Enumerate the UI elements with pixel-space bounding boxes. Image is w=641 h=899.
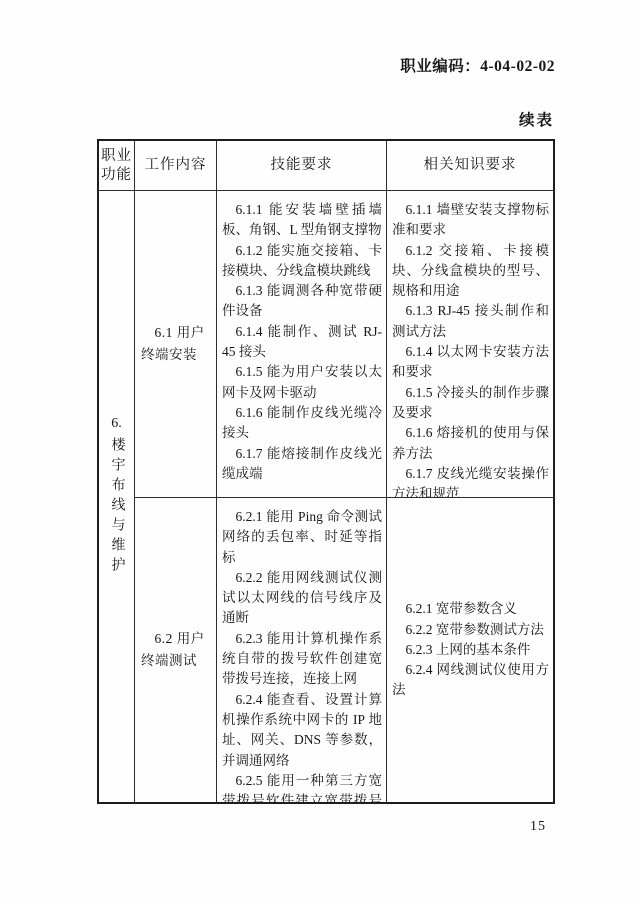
work-content-cell-61: 6.1 用户终端安装 — [135, 191, 217, 498]
document-page: 职业编码：4-04-02-02 续表 职业功能 工作内容 技能要求 相关知识要求… — [0, 0, 641, 899]
skills-cell-62: 6.2.1 能用 Ping 命令测试网络的丢包率、时延等指标 6.2.2 能用网… — [217, 498, 387, 802]
skill-item: 6.2.1 能用 Ping 命令测试网络的丢包率、时延等指标 — [222, 507, 382, 568]
knowledge-item: 6.1.3 RJ-45 接头制作和测试方法 — [392, 301, 549, 342]
occupational-standard-table: 职业功能 工作内容 技能要求 相关知识要求 6. 楼宇布线与维护 6.1 用户终… — [97, 139, 555, 804]
work-content-cell-62: 6.2 用户终端测试 — [135, 498, 217, 802]
occupation-code-label: 职业编码：4-04-02-02 — [400, 54, 555, 76]
header-occupational-function: 职业功能 — [99, 141, 135, 191]
continued-table-label: 续表 — [519, 108, 554, 130]
header-skill-requirements: 技能要求 — [217, 141, 387, 191]
skill-item: 6.2.2 能用网线测试仪测试以太网线的信号线序及通断 — [222, 568, 382, 629]
knowledge-item: 6.1.5 冷接头的制作步骤及要求 — [392, 383, 549, 424]
knowledge-item: 6.2.2 宽带参数测试方法 — [392, 620, 549, 640]
skill-item: 6.2.5 能用一种第三方宽带拨号软件建立宽带拨号连接，连接上网 — [222, 771, 382, 802]
skill-item: 6.1.2 能实施交接箱、卡接模块、分线盒模块跳线 — [222, 241, 382, 282]
knowledge-item: 6.1.1 墙壁安装支撑物标准和要求 — [392, 200, 549, 241]
knowledge-item: 6.1.4 以太网卡安装方法和要求 — [392, 342, 549, 383]
skill-item: 6.1.4 能制作、测试 RJ-45 接头 — [222, 322, 382, 363]
header-knowledge-requirements: 相关知识要求 — [387, 141, 553, 191]
knowledge-item: 6.1.7 皮线光缆安装操作方法和规范 — [392, 464, 549, 498]
skill-item: 6.1.1 能安装墙壁插墙板、角钢、L 型角钢支撑物 — [222, 200, 382, 241]
skill-item: 6.2.3 能用计算机操作系统自带的拨号软件创建宽带拨号连接，连接上网 — [222, 629, 382, 690]
header-work-content: 工作内容 — [135, 141, 217, 191]
knowledge-cell-61: 6.1.1 墙壁安装支撑物标准和要求 6.1.2 交接箱、卡接模块、分线盒模块的… — [387, 191, 553, 498]
knowledge-item: 6.2.1 宽带参数含义 — [392, 599, 549, 619]
knowledge-item: 6.1.6 熔接机的使用与保养方法 — [392, 423, 549, 464]
knowledge-item: 6.1.2 交接箱、卡接模块、分线盒模块的型号、规格和用途 — [392, 241, 549, 302]
knowledge-item: 6.2.3 上网的基本条件 — [392, 640, 549, 660]
skill-item: 6.1.7 能熔接制作皮线光缆成端 — [222, 444, 382, 485]
page-number: 15 — [530, 819, 546, 835]
work-content-label: 6.2 用户终端测试 — [141, 628, 210, 672]
skill-item: 6.2.4 能查看、设置计算机操作系统中网卡的 IP 地址、网关、DNS 等参数… — [222, 690, 382, 771]
knowledge-item: 6.2.4 网线测试仪使用方法 — [392, 660, 549, 701]
function-cell: 6. 楼宇布线与维护 — [99, 191, 135, 802]
function-number: 6. — [111, 416, 122, 432]
skill-item: 6.1.3 能调测各种宽带硬件设备 — [222, 281, 382, 322]
skills-cell-61: 6.1.1 能安装墙壁插墙板、角钢、L 型角钢支撑物 6.1.2 能实施交接箱、… — [217, 191, 387, 498]
knowledge-cell-62: 6.2.1 宽带参数含义 6.2.2 宽带参数测试方法 6.2.3 上网的基本条… — [387, 498, 553, 802]
skill-item: 6.1.5 能为用户安装以太网卡及网卡驱动 — [222, 362, 382, 403]
work-content-label: 6.1 用户终端安装 — [141, 322, 210, 366]
skill-item: 6.1.6 能制作皮线光缆冷接头 — [222, 403, 382, 444]
function-name-vertical: 楼宇布线与维护 — [107, 437, 127, 577]
